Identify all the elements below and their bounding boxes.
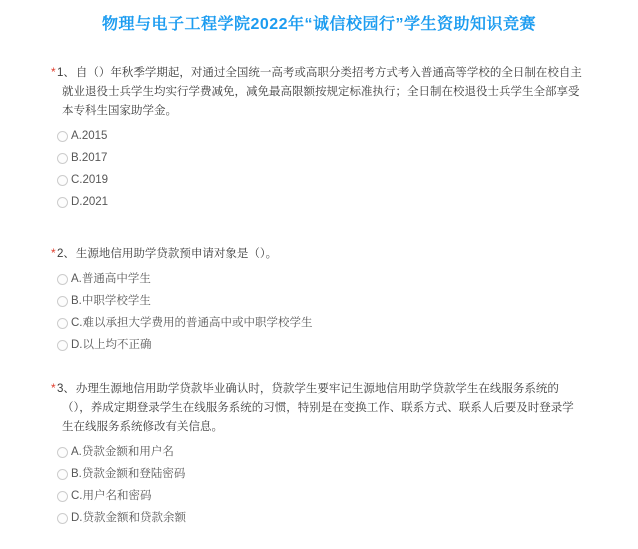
quiz-content: *1、自（）年秋季学期起，对通过全国统一高考或高职分类招考方式考入普通高等学校的… [0,64,638,529]
option-label: D.贷款金额和贷款余额 [71,507,186,529]
question-2-option-d[interactable]: D.以上均不正确 [57,334,582,356]
question-2-option-c[interactable]: C.难以承担大学费用的普通高中或中职学校学生 [57,312,582,334]
question-1-options: A.2015 B.2017 C.2019 D.2021 [57,125,582,213]
option-label: B.2017 [71,147,107,169]
option-label: B.中职学校学生 [71,290,151,312]
question-2-number: 2、 [57,248,75,260]
question-3-text: 办理生源地信用助学贷款毕业确认时，贷款学生要牢记生源地信用助学贷款学生在线服务系… [62,383,574,433]
option-label: A.贷款金额和用户名 [71,441,174,463]
option-label: D.2021 [71,191,108,213]
radio-button-icon[interactable] [57,131,68,142]
radio-button-icon[interactable] [57,513,68,524]
option-label: B.贷款金额和登陆密码 [71,463,185,485]
question-2: *2、生源地信用助学贷款预申请对象是（）。 A.普通高中学生 B.中职学校学生 … [62,245,582,356]
question-3-option-a[interactable]: A.贷款金额和用户名 [57,441,582,463]
question-1-title: *1、自（）年秋季学期起，对通过全国统一高考或高职分类招考方式考入普通高等学校的… [62,64,582,121]
radio-button-icon[interactable] [57,491,68,502]
radio-button-icon[interactable] [57,340,68,351]
radio-button-icon[interactable] [57,197,68,208]
radio-button-icon[interactable] [57,153,68,164]
question-2-title: *2、生源地信用助学贷款预申请对象是（）。 [62,245,582,264]
question-1-text: 自（）年秋季学期起，对通过全国统一高考或高职分类招考方式考入普通高等学校的全日制… [62,67,582,117]
quiz-page: 物理与电子工程学院2022年“诚信校园行”学生资助知识竞赛 *1、自（）年秋季学… [0,0,638,549]
radio-button-icon[interactable] [57,175,68,186]
question-3-number: 3、 [57,383,75,395]
radio-button-icon[interactable] [57,447,68,458]
question-1-number: 1、 [57,67,75,79]
option-label: A.2015 [71,125,107,147]
question-3-options: A.贷款金额和用户名 B.贷款金额和登陆密码 C.用户名和密码 D.贷款金额和贷… [57,441,582,529]
question-1-option-a[interactable]: A.2015 [57,125,582,147]
question-3: *3、办理生源地信用助学贷款毕业确认时，贷款学生要牢记生源地信用助学贷款学生在线… [62,380,582,529]
radio-button-icon[interactable] [57,469,68,480]
question-2-option-b[interactable]: B.中职学校学生 [57,290,582,312]
radio-button-icon[interactable] [57,318,68,329]
question-1-option-d[interactable]: D.2021 [57,191,582,213]
question-1-option-b[interactable]: B.2017 [57,147,582,169]
question-2-text: 生源地信用助学贷款预申请对象是（）。 [76,248,277,260]
required-marker-icon: * [51,244,56,263]
question-2-option-a[interactable]: A.普通高中学生 [57,268,582,290]
question-2-options: A.普通高中学生 B.中职学校学生 C.难以承担大学费用的普通高中或中职学校学生… [57,268,582,356]
question-3-title: *3、办理生源地信用助学贷款毕业确认时，贷款学生要牢记生源地信用助学贷款学生在线… [62,380,582,437]
option-label: A.普通高中学生 [71,268,151,290]
option-label: C.用户名和密码 [71,485,152,507]
question-3-option-c[interactable]: C.用户名和密码 [57,485,582,507]
radio-button-icon[interactable] [57,274,68,285]
question-1-option-c[interactable]: C.2019 [57,169,582,191]
question-3-option-d[interactable]: D.贷款金额和贷款余额 [57,507,582,529]
option-label: D.以上均不正确 [71,334,152,356]
question-1: *1、自（）年秋季学期起，对通过全国统一高考或高职分类招考方式考入普通高等学校的… [62,64,582,213]
question-3-option-b[interactable]: B.贷款金额和登陆密码 [57,463,582,485]
option-label: C.2019 [71,169,108,191]
option-label: C.难以承担大学费用的普通高中或中职学校学生 [71,312,313,334]
required-marker-icon: * [51,379,56,398]
radio-button-icon[interactable] [57,296,68,307]
page-title: 物理与电子工程学院2022年“诚信校园行”学生资助知识竞赛 [0,14,638,36]
required-marker-icon: * [51,63,56,82]
